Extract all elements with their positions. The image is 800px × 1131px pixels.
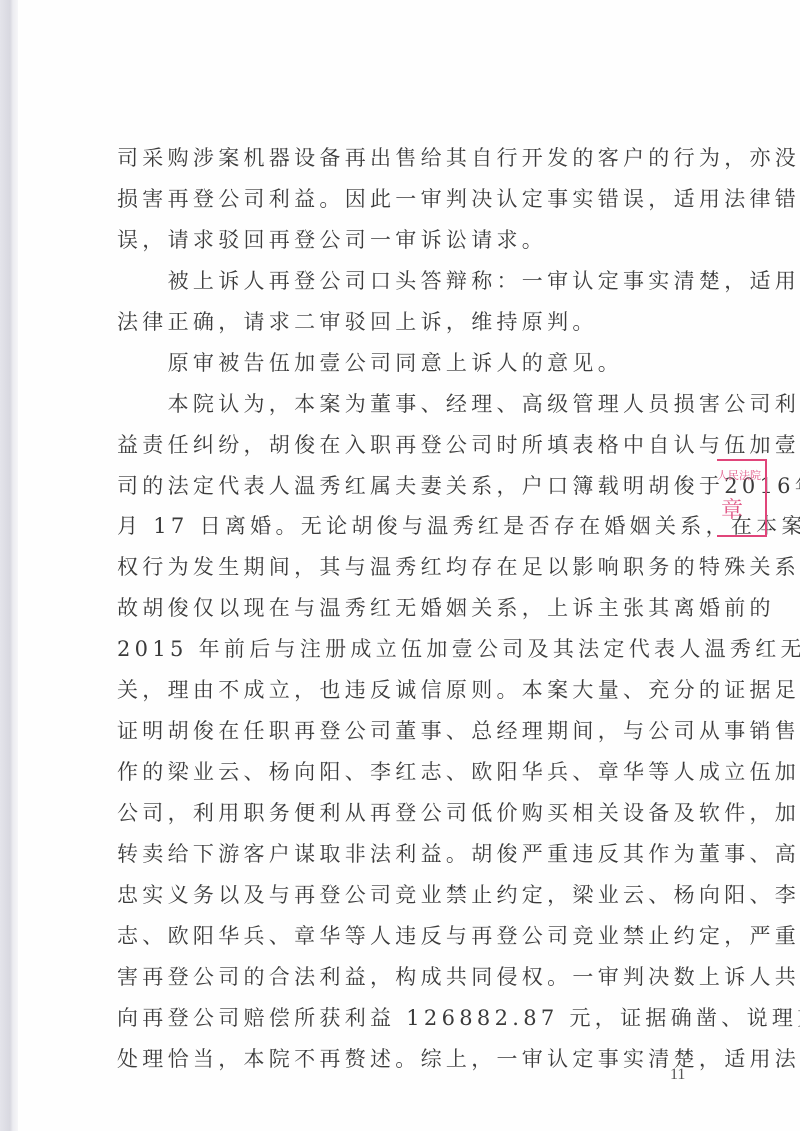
text-line: 误，请求驳回再登公司一审诉讼请求。 xyxy=(117,220,703,261)
text-line: 月 17 日离婚。无论胡俊与温秀红是否存在婚姻关系，在本案侵 xyxy=(117,506,703,547)
text-line: 司采购涉案机器设备再出售给其自行开发的客户的行为，亦没有 xyxy=(117,138,703,179)
text-line: 本院认为，本案为董事、经理、高级管理人员损害公司利 xyxy=(117,384,703,425)
court-seal-stamp: 人民法院 章 xyxy=(717,459,767,537)
text-line: 证明胡俊在任职再登公司董事、总经理期间，与公司从事销售工 xyxy=(117,711,703,752)
text-line: 关，理由不成立，也违反诚信原则。本案大量、充分的证据足以 xyxy=(117,670,703,711)
text-line: 处理恰当，本院不再赘述。综上，一审认定事实清楚，适用法律 xyxy=(117,1039,703,1080)
text-line: 转卖给下游客户谋取非法利益。胡俊严重违反其作为董事、高管 xyxy=(117,834,703,875)
text-line: 权行为发生期间，其与温秀红均存在足以影响职务的特殊关系， xyxy=(117,547,703,588)
text-line: 公司，利用职务便利从再登公司低价购买相关设备及软件，加价 xyxy=(117,793,703,834)
text-line: 益责任纠纷，胡俊在入职再登公司时所填表格中自认与伍加壹公 xyxy=(117,425,703,466)
text-line: 法律正确，请求二审驳回上诉，维持原判。 xyxy=(117,302,703,343)
seal-text-court: 人民法院 xyxy=(717,467,761,483)
text-line: 原审被告伍加壹公司同意上诉人的意见。 xyxy=(117,343,703,384)
text-line: 向再登公司赔偿所获利益 126882.87 元，证据确凿、说理充分、 xyxy=(117,998,703,1039)
scan-edge-shadow xyxy=(0,0,18,1131)
text-line: 志、欧阳华兵、章华等人违反与再登公司竞业禁止约定，严重损 xyxy=(117,916,703,957)
text-line: 忠实义务以及与再登公司竞业禁止约定，梁业云、杨向阳、李红 xyxy=(117,875,703,916)
text-line: 故胡俊仅以现在与温秀红无婚姻关系，上诉主张其离婚前的 xyxy=(117,588,703,629)
text-line: 2015 年前后与注册成立伍加壹公司及其法定代表人温秀红无 xyxy=(117,629,703,670)
text-line: 害再登公司的合法利益，构成共同侵权。一审判决数上诉人共同 xyxy=(117,957,703,998)
text-line: 作的梁业云、杨向阳、李红志、欧阳华兵、章华等人成立伍加壹 xyxy=(117,752,703,793)
text-line: 被上诉人再登公司口头答辩称：一审认定事实清楚，适用 xyxy=(117,261,703,302)
page-number: 11 xyxy=(670,1066,685,1084)
seal-text-stamp: 章 xyxy=(721,493,743,524)
text-line: 损害再登公司利益。因此一审判决认定事实错误，适用法律错 xyxy=(117,179,703,220)
judgment-body-text: 司采购涉案机器设备再出售给其自行开发的客户的行为，亦没有损害再登公司利益。因此一… xyxy=(117,138,703,1080)
text-line: 司的法定代表人温秀红属夫妻关系，户口簿载明胡俊于2016年9 xyxy=(117,466,703,507)
